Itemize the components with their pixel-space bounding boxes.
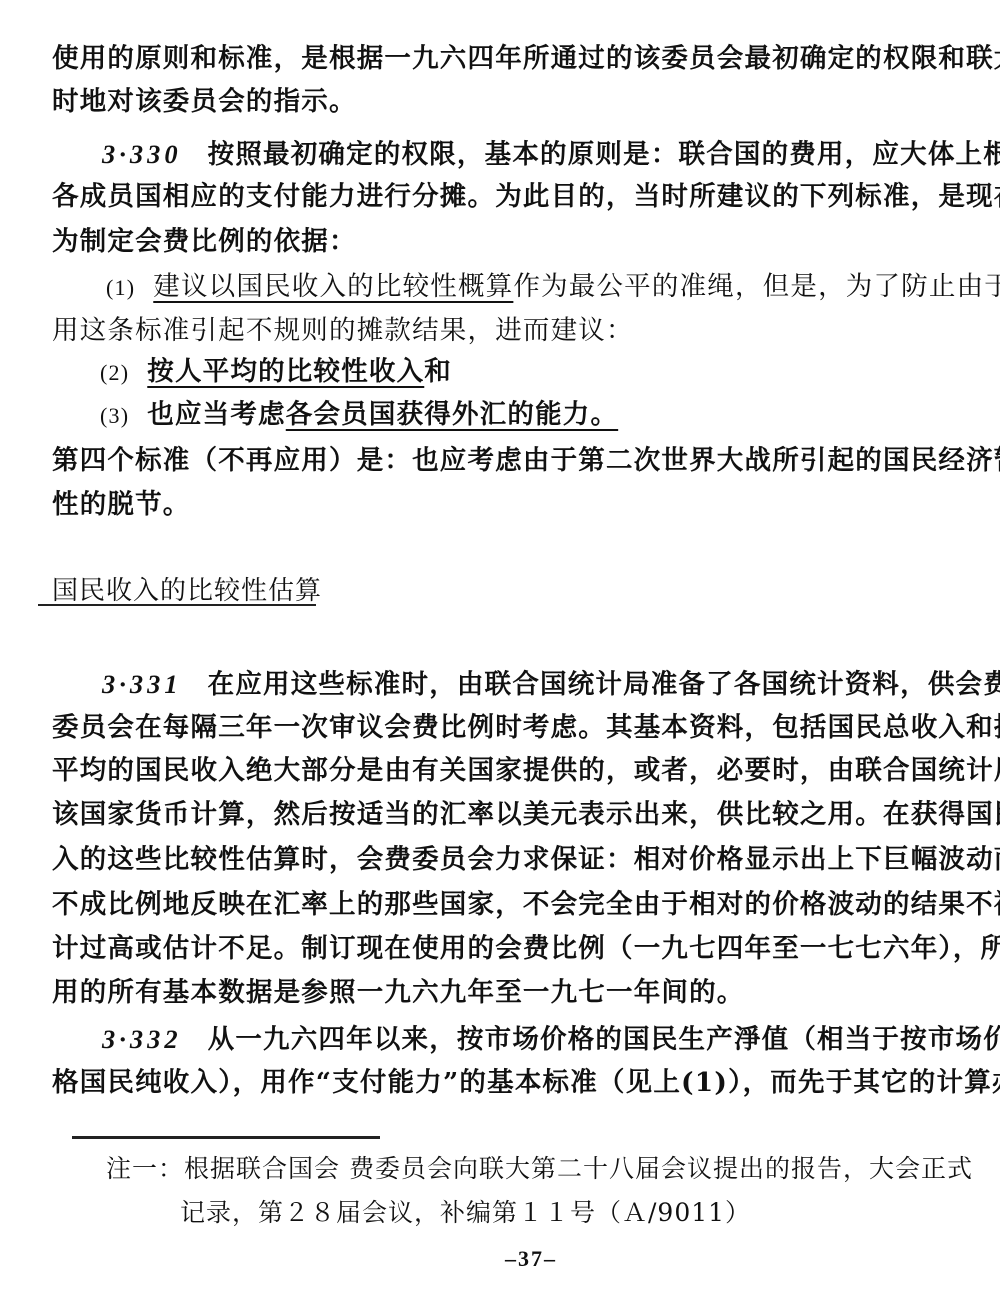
item-marker: (3) [100, 403, 129, 428]
item-marker: (2) [100, 360, 129, 385]
intro-line-1: 使用的原则和标准，是根据一九六四年所通过的该委员会最初确定的权限和联大不 [52, 44, 1000, 74]
paragraph-3331-line-4: 该国家货币计算，然后按适当的汇率以美元表示出来，供比较之用。在获得国民收 [52, 800, 1000, 830]
underlined-phrase: 按人平均的比较性收入 [147, 356, 424, 387]
underlined-phrase: 各会员国获得外汇的能力。 [286, 399, 618, 430]
item-text: 和 [424, 356, 452, 387]
paragraph-3331-first-line: 3·331在应用这些标准时，由联合国统计局准备了各国统计资料，供会费 [102, 669, 1000, 700]
intro-line-2: 时地对该委员会的指示。 [52, 87, 357, 117]
paragraph-3332-line-2: 格国民纯收入），用作“支付能力”的基本标准（见上(1)），而先于其它的计算办 [52, 1068, 1000, 1098]
page-number: –37– [505, 1246, 557, 1272]
paragraph-text: 按照最初确定的权限，基本的原则是：联合国的费用，应大体上根据 [208, 139, 1000, 170]
fourth-criterion-line-2: 性的脱节。 [52, 490, 191, 520]
footnote-line-1: 注一：根据联合国会 费委员会向联大第二十八届会议提出的报告，大会正式 [106, 1154, 973, 1184]
paragraph-number: 3·330 [102, 139, 182, 169]
paragraph-text: 从一九六四年以来，按市场价格的国民生产淨值（相当于按市场价 [208, 1024, 1000, 1055]
paragraph-3331-line-3: 平均的国民收入绝大部分是由有关国家提供的，或者，必要时，由联合国统计局用 [52, 756, 1000, 786]
paragraph-3331-line-8: 用的所有基本数据是参照一九六九年至一九七一年间的。 [52, 978, 745, 1008]
paragraph-3331-line-7: 计过高或估计不足。制订现在使用的会费比例（一九七四年至一七七六年），所使 [52, 934, 1000, 964]
paragraph-3331-line-5: 入的这些比较性估算时，会费委员会力求保证：相对价格显示出上下巨幅波动而又 [52, 845, 1000, 875]
item-text: 也应当考虑 [147, 399, 286, 430]
criterion-item-1-continuation: 用这条标准引起不规则的摊款结果，进而建议： [52, 316, 634, 346]
paragraph-number: 3·332 [102, 1024, 182, 1054]
paragraph-3330-line-3: 为制定会费比例的依据： [52, 227, 357, 257]
item-marker: (1) [106, 275, 135, 300]
criterion-item-2: (2)按人平均的比较性收入和 [100, 357, 452, 388]
footnote-line-2: 记录，第２８届会议，补编第１１号（Ａ/9011） [180, 1198, 751, 1228]
paragraph-3330-line-2: 各成员国相应的支付能力进行分摊。为此目的，当时所建议的下列标准，是现在作 [52, 182, 1000, 212]
footnote-separator [72, 1136, 380, 1139]
underlined-phrase: 建议以国民收入的比较性概算 [153, 271, 513, 302]
criterion-item-1: (1)建议以国民收入的比较性概算作为最公平的准绳，但是，为了防止由于使 [106, 272, 1000, 303]
criterion-item-3: (3)也应当考虑各会员国获得外汇的能力。 [100, 400, 618, 431]
fourth-criterion-line-1: 第四个标准（不再应用）是：也应考虑由于第二次世界大战所引起的国民经济暂时 [52, 446, 1000, 476]
item-text: 作为最公平的准绳，但是，为了防止由于使 [513, 271, 1000, 302]
paragraph-text: 在应用这些标准时，由联合国统计局准备了各国统计资料，供会费 [208, 669, 1000, 700]
paragraph-number: 3·331 [102, 669, 182, 699]
heading-underline-rule [38, 604, 316, 606]
paragraph-3332-first-line: 3·332从一九六四年以来，按市场价格的国民生产淨值（相当于按市场价 [102, 1024, 1000, 1055]
section-heading: 国民收入的比较性估算 [52, 576, 322, 606]
paragraph-3331-line-6: 不成比例地反映在汇率上的那些国家，不会完全由于相对的价格波动的结果不被估 [52, 890, 1000, 920]
paragraph-3331-line-2: 委员会在每隔三年一次审议会费比例时考虑。其基本资料，包括国民总收入和按人 [52, 713, 1000, 743]
paragraph-3330-first-line: 3·330按照最初确定的权限，基本的原则是：联合国的费用，应大体上根据 [102, 139, 1000, 170]
